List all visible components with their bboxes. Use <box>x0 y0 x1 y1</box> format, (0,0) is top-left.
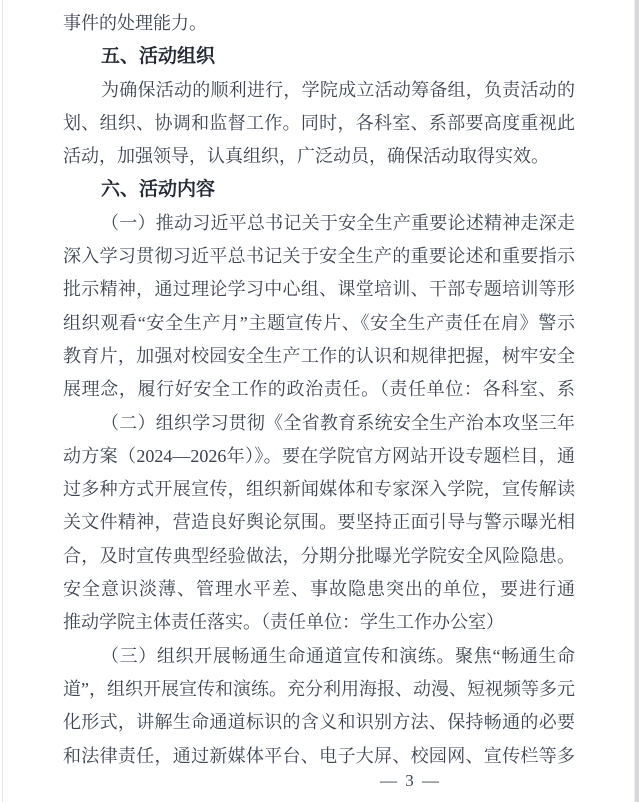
page-number: — 3 — <box>0 769 639 793</box>
text-line: 活动，加强领导，认真组织，广泛动员，确保活动取得实效。 <box>63 140 575 173</box>
text-line: （一）推动习近平总书记关于安全生产重要论述精神走深走实。 <box>63 207 575 240</box>
text-line: 化形式，讲解生命通道标识的含义和识别方法、保持畅通的必要性 <box>63 706 575 739</box>
document-body: 事件的处理能力。五、活动组织为确保活动的顺利进行，学院成立活动筹备组，负责活动的… <box>63 7 575 773</box>
text-line: 道”，组织开展宣传和演练。充分利用海报、动漫、短视频等多元 <box>63 673 575 706</box>
text-line: 关文件精神，营造良好舆论氛围。要坚持正面引导与警示曝光相结 <box>63 506 575 539</box>
text-line: 教育片，加强对校园安全生产工作的认识和规律把握，树牢安全发 <box>63 340 575 373</box>
text-line: （三）组织开展畅通生命通道宣传和演练。聚焦“畅通生命通 <box>63 640 575 673</box>
scanned-document-viewport: { "document": { "lines": [ {"text": "事件的… <box>0 0 639 802</box>
text-line: 安全意识淡薄、管理水平差、事故隐患突出的单位，要进行通报， <box>63 573 575 606</box>
section-heading: 五、活动组织 <box>63 40 575 73</box>
text-line: 展理念，履行好安全工作的政治责任。（责任单位：各科室、系部） <box>63 373 575 406</box>
section-heading: 六、活动内容 <box>63 173 575 206</box>
text-line: 批示精神，通过理论学习中心组、课堂培训、干部专题培训等形式， <box>63 273 575 306</box>
text-line: 划、组织、协调和监督工作。同时，各科室、系部要高度重视此次 <box>63 107 575 140</box>
text-line: 推动学院主体责任落实。（责任单位：学生工作办公室） <box>63 606 575 639</box>
scan-edge-left <box>2 0 3 802</box>
scan-edge-right <box>634 0 639 802</box>
text-line: 组织观看“安全生产月”主题宣传片、《安全生产责任在肩》警示 <box>63 307 575 340</box>
text-line: 动方案（2024—2026年）》。要在学院官方网站开设专题栏目，通 <box>63 440 575 473</box>
text-line: 过多种方式开展宣传，组织新闻媒体和专家深入学院，宣传解读有 <box>63 473 575 506</box>
text-line: 为确保活动的顺利进行，学院成立活动筹备组，负责活动的策 <box>63 74 575 107</box>
text-line: 事件的处理能力。 <box>63 7 575 40</box>
text-line: （二）组织学习贯彻《全省教育系统安全生产治本攻坚三年行 <box>63 407 575 440</box>
text-line: 深入学习贯彻习近平总书记关于安全生产的重要论述和重要指示 <box>63 240 575 273</box>
text-line: 和法律责任，通过新媒体平台、电子大屏、校园网、宣传栏等多样 <box>63 740 575 773</box>
text-line: 合，及时宣传典型经验做法，分期分批曝光学院安全风险隐患。对 <box>63 540 575 573</box>
